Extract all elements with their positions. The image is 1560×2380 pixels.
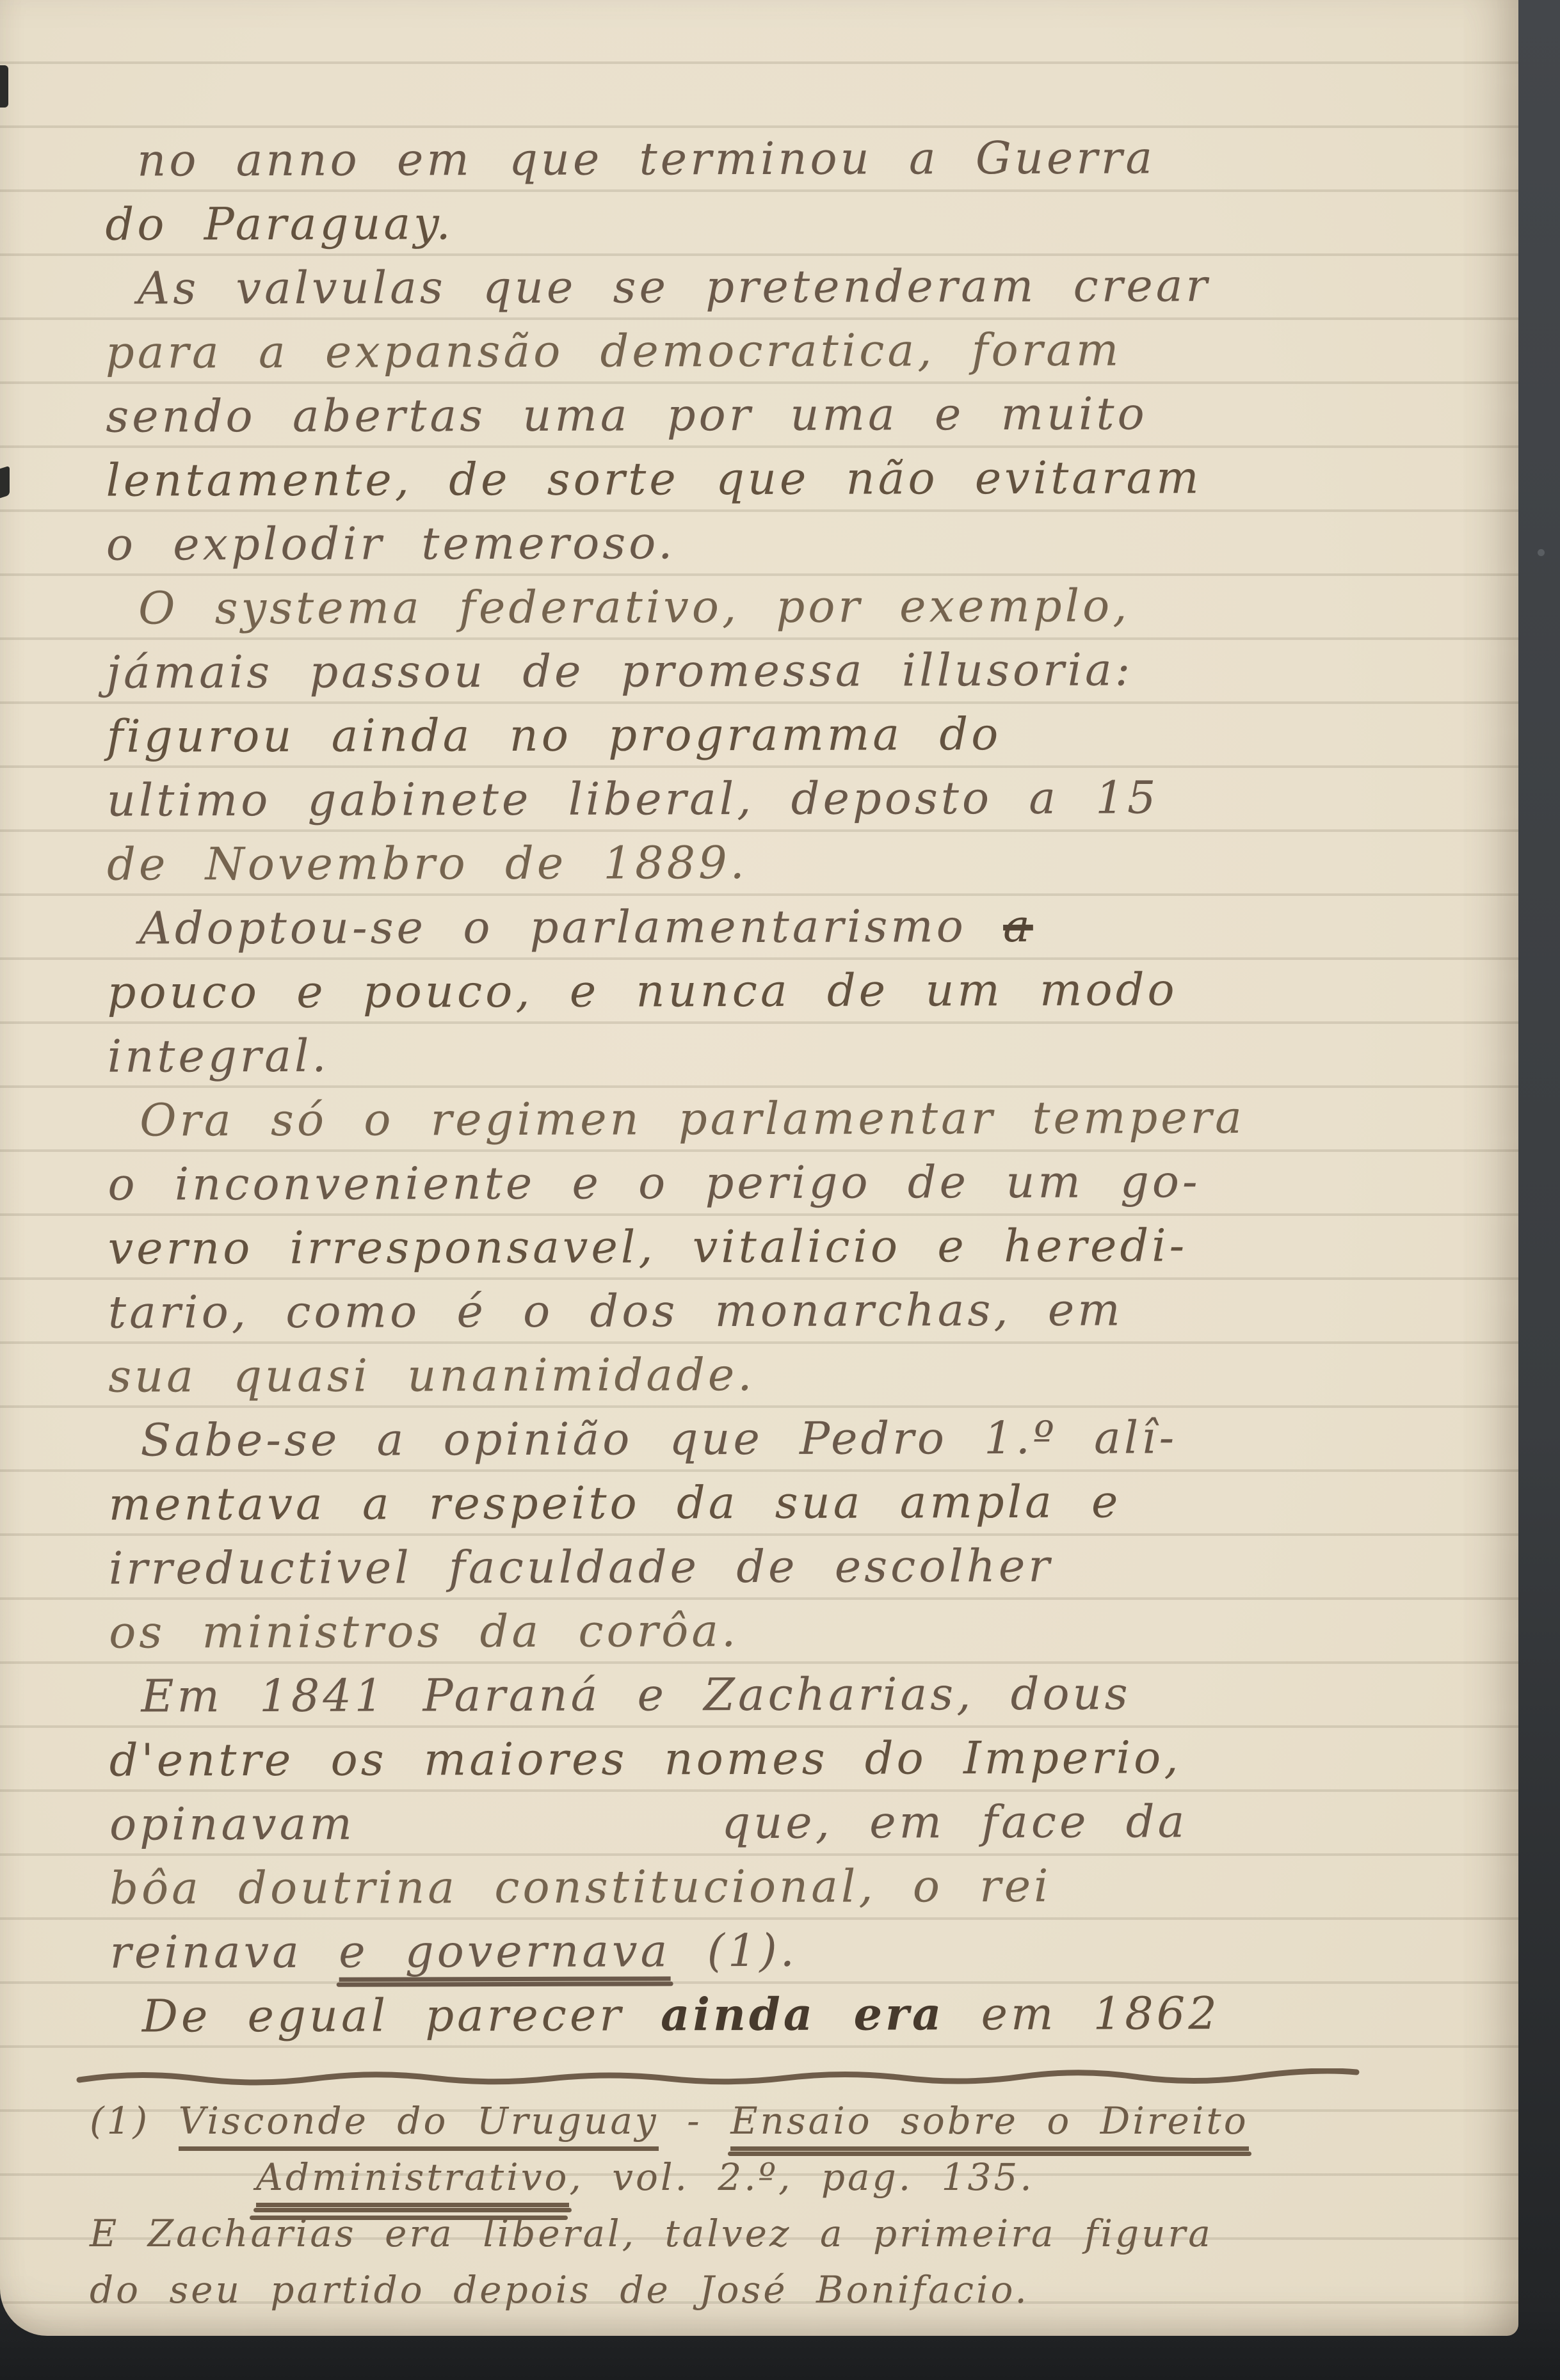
manuscript-text-segment: O systema federativo, por exemplo, xyxy=(138,579,1130,634)
manuscript-text-segment: mentava a respeito da sua ampla e xyxy=(109,1476,1122,1531)
footnote-separator-line xyxy=(76,2068,1493,2088)
scan-artifact xyxy=(0,466,10,499)
manuscript-text-segment: - xyxy=(659,2099,730,2143)
manuscript-text-segment: em 1862 xyxy=(944,1987,1220,2040)
manuscript-line: lentamente, de sorte que não evitaram xyxy=(0,445,1517,513)
manuscript-paper: no anno em que terminou a Guerrado Parag… xyxy=(0,0,1518,2336)
manuscript-line: reinava e governava (1). xyxy=(2,1917,1520,1985)
manuscript-line: de Novembro de 1889. xyxy=(0,829,1518,897)
manuscript-text-segment: Em 1841 Paraná e Zacharias, dous xyxy=(141,1667,1130,1722)
manuscript-text-segment: opinavam que, em face da xyxy=(109,1795,1187,1850)
manuscript-line: pouco e pouco, e nunca de um modo xyxy=(0,957,1518,1025)
manuscript-text-segment: (1) xyxy=(90,2099,179,2143)
manuscript-line: ultimo gabinete liberal, deposto a 15 xyxy=(0,765,1518,833)
manuscript-text-segment: Administrativo xyxy=(256,2152,569,2207)
manuscript-line: o inconveniente e o perigo de um go- xyxy=(0,1149,1518,1217)
manuscript-text-segment: d'entre os maiores nomes do Imperio, xyxy=(109,1731,1182,1786)
manuscript-line: verno irresponsavel, vitalicio e heredi- xyxy=(1,1213,1519,1281)
manuscript-line: integral. xyxy=(0,1021,1518,1089)
manuscript-line: tario, como é o dos monarchas, em xyxy=(1,1277,1519,1345)
manuscript-line: Sabe-se a opinião que Pedro 1.º alî- xyxy=(1,1405,1519,1473)
manuscript-line: os ministros da corôa. xyxy=(1,1597,1520,1665)
manuscript-line: para a expansão democratica, foram xyxy=(0,317,1516,385)
manuscript-text-segment: (1). xyxy=(670,1924,798,1977)
manuscript-text-segment: do seu partido depois de José Bonifacio. xyxy=(90,2268,1029,2312)
manuscript-text-segment: Visconde do Uruguay xyxy=(179,2095,659,2151)
manuscript-text-segment: reinava xyxy=(109,1926,339,1979)
manuscript-text-segment: Sabe-se a opinião que Pedro 1.º alî- xyxy=(140,1411,1177,1466)
manuscript-text-segment: verno irresponsavel, vitalicio e heredi- xyxy=(108,1219,1188,1274)
manuscript-line: O systema federativo, por exemplo, xyxy=(0,573,1517,641)
manuscript-text-segment: sua quasi unanimidade. xyxy=(108,1348,755,1403)
manuscript-line: irreductivel faculdade de escolher xyxy=(1,1533,1520,1601)
manuscript-line: E Zacharias era liberal, talvez a primei… xyxy=(0,2205,1518,2262)
manuscript-text-segment: Adoptou-se o parlamentarismo xyxy=(139,900,1003,955)
manuscript-text-segment: , vol. 2.º, pag. 135. xyxy=(569,2155,1034,2199)
manuscript-line: Administrativo, vol. 2.º, pag. 135. xyxy=(0,2149,1518,2205)
manuscript-text-segment: Ensaio sobre o Direito xyxy=(730,2095,1248,2151)
manuscript-line: no anno em que terminou a Guerra xyxy=(0,125,1516,193)
manuscript-footnote: (1) Visconde do Uruguay - Ensaio sobre o… xyxy=(0,2093,1518,2318)
manuscript-text-segment: pouco e pouco, e nunca de um modo xyxy=(108,963,1178,1018)
manuscript-line: (1) Visconde do Uruguay - Ensaio sobre o… xyxy=(0,2093,1518,2149)
manuscript-line: Ora só o regimen parlamentar tempera xyxy=(0,1085,1518,1153)
manuscript-text-segment: figurou ainda no programma do xyxy=(106,708,1001,763)
manuscript-text-segment: integral. xyxy=(108,1030,330,1083)
scan-artifact xyxy=(0,65,8,108)
manuscript-line: bôa doutrina constitucional, o rei xyxy=(2,1853,1520,1921)
manuscript-text-segment: tario, como é o dos monarchas, em xyxy=(108,1284,1123,1339)
manuscript-text-segment: Ora só o regimen parlamentar tempera xyxy=(140,1091,1245,1147)
manuscript-text-segment: para a expansão democratica, foram xyxy=(106,324,1122,379)
manuscript-text-segment: a xyxy=(1003,900,1033,952)
manuscript-line: Adoptou-se o parlamentarismo a xyxy=(0,893,1518,961)
scanned-page: no anno em que terminou a Guerrado Parag… xyxy=(0,0,1560,2380)
manuscript-text-segment: ultimo gabinete liberal, deposto a 15 xyxy=(107,771,1159,826)
manuscript-line: Em 1841 Paraná e Zacharias, dous xyxy=(1,1661,1520,1729)
manuscript-text-segment: sendo abertas uma por uma e muito xyxy=(106,387,1148,442)
manuscript-text-segment: o inconveniente e o perigo de um go- xyxy=(108,1155,1200,1210)
manuscript-text-segment: e governava xyxy=(339,1925,670,1981)
manuscript-text-segment: os ministros da corôa. xyxy=(109,1604,739,1659)
manuscript-line: do seu partido depois de José Bonifacio. xyxy=(0,2262,1518,2318)
manuscript-line: do Paraguay. xyxy=(0,189,1516,257)
manuscript-text-segment: do Paraguay. xyxy=(105,197,453,250)
manuscript-line: jámais passou de promessa illusoria: xyxy=(0,637,1517,705)
manuscript-line: d'entre os maiores nomes do Imperio, xyxy=(2,1725,1520,1793)
manuscript-line: sua quasi unanimidade. xyxy=(1,1341,1519,1409)
manuscript-line: De egual parecer ainda era em 1862 xyxy=(3,1981,1521,2049)
manuscript-line: As valvulas que se pretenderam crear xyxy=(0,253,1516,321)
manuscript-text-segment: lentamente, de sorte que não evitaram xyxy=(106,451,1202,506)
manuscript-line: figurou ainda no programma do xyxy=(0,701,1518,769)
manuscript-text-segment: bôa doutrina constitucional, o rei xyxy=(109,1860,1051,1915)
manuscript-text-segment: As valvulas que se pretenderam crear xyxy=(138,259,1210,314)
manuscript-text-segment: irreductivel faculdade de escolher xyxy=(109,1540,1053,1595)
manuscript-body: no anno em que terminou a Guerrado Parag… xyxy=(0,125,1521,2049)
scan-artifact xyxy=(1538,549,1545,556)
manuscript-text-segment: jámais passou de promessa illusoria: xyxy=(106,643,1133,698)
manuscript-line: opinavam que, em face da xyxy=(2,1789,1520,1857)
manuscript-text-segment: De egual parecer xyxy=(142,1988,661,2042)
manuscript-text-segment: ainda era xyxy=(661,1987,945,2041)
manuscript-line: o explodir temeroso. xyxy=(0,509,1517,577)
manuscript-text-segment: de Novembro de 1889. xyxy=(107,836,748,891)
manuscript-line: sendo abertas uma por uma e muito xyxy=(0,381,1516,449)
manuscript-text-segment: o explodir temeroso. xyxy=(106,516,676,570)
manuscript-text-segment: no anno em que terminou a Guerra xyxy=(137,131,1155,186)
manuscript-line: mentava a respeito da sua ampla e xyxy=(1,1469,1520,1537)
